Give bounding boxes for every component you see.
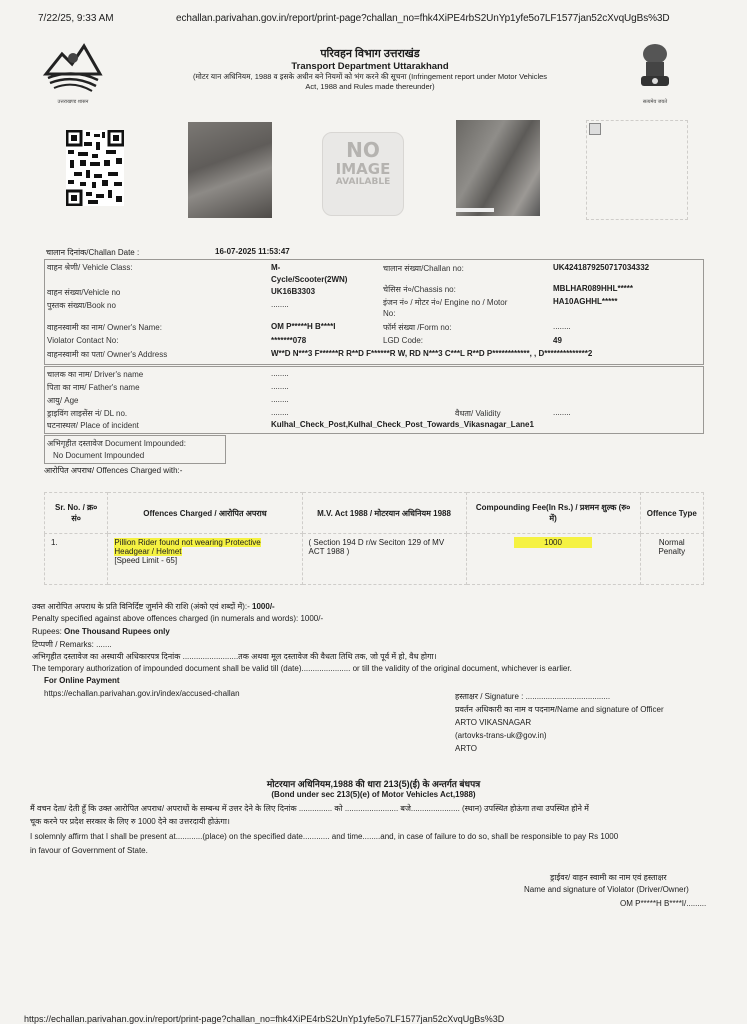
lgd-label: LGD Code:	[383, 336, 423, 345]
vehicle-no-label: वाहन संख्या/Vehicle no	[47, 287, 120, 298]
engine-value: HA10AGHHL*****	[553, 297, 617, 306]
row-offence: Pillion Rider found not wearing Protecti…	[108, 534, 302, 585]
engine-label-1: इंजन नं० / मोटर नं०/ Engine no / Motor	[383, 297, 507, 308]
uttarakhand-emblem-icon: उत्तराखण्ड शासन	[40, 38, 106, 104]
print-url: echallan.parivahan.gov.in/report/print-p…	[176, 13, 669, 24]
subtitle-line1: (मोटर यान अधिनियम, 1988 व इसके अधीन बने …	[170, 72, 570, 82]
online-payment-link[interactable]: https://echallan.parivahan.gov.in/index/…	[44, 689, 240, 698]
auth-hindi: अभिगृहीत दस्तावेज का अस्थायी अधिकारपत्र …	[32, 651, 437, 662]
offences-table: Sr. No. / क्र० सं० Offences Charged / आर…	[44, 492, 704, 585]
title-hindi: परिवहन विभाग उत्तराखंड	[170, 46, 570, 61]
document-header: परिवहन विभाग उत्तराखंड Transport Departm…	[170, 46, 570, 92]
officer-name-label: प्रवर्तन अधिकारी का नाम व पदनाम/Name and…	[455, 704, 664, 715]
contact-label: Violator Contact No:	[47, 336, 118, 345]
bond-title-hindi: मोटरयान अधिनियम,1988 की धारा 213(5)(ई) क…	[0, 777, 747, 790]
book-no-label: पुस्तक संख्या/Book no	[47, 300, 116, 311]
challan-date-value: 16-07-2025 11:53:47	[215, 247, 290, 256]
penalty-english: Penalty specified against above offences…	[32, 614, 323, 623]
bond-title-english: (Bond under sec 213(5)(e) of Motor Vehic…	[0, 790, 747, 799]
col-sr-no: Sr. No. / क्र० सं०	[45, 493, 108, 534]
book-no-value: ........	[271, 300, 289, 309]
challan-no-label: चालान संख्या/Challan no:	[383, 263, 464, 274]
subtitle-line2: Act, 1988 and Rules made thereunder)	[170, 82, 570, 92]
penalty-hindi: उक्त आरोपित अपराध के प्रति विनिर्दिष्ट ज…	[32, 601, 275, 612]
india-emblem-icon: सत्यमेव जयते	[633, 40, 677, 104]
violator-label-english: Name and signature of Violator (Driver/O…	[524, 885, 689, 894]
officer-email: (artovks-trans-uk@gov.in)	[455, 731, 547, 740]
broken-image-icon	[589, 123, 601, 135]
challan-no-value: UK4241879250717034332	[553, 263, 649, 272]
vehicle-no-value: UK16B3303	[271, 287, 315, 296]
contact-value: *******078	[271, 336, 306, 345]
address-value: W**D N***3 F******R R**D F******R W, RD …	[271, 349, 592, 358]
violator-value: OM P*****H B****I/.........	[620, 899, 706, 908]
dl-value: ........	[271, 408, 289, 417]
fee-value: 1000	[514, 537, 592, 548]
validity-label: वैधता/ Validity	[455, 408, 501, 419]
rupees-words: Rupees: One Thousand Rupees only	[32, 627, 170, 636]
impounded-label: अभिगृहीत दस्तावेज Document Impounded:	[47, 438, 186, 449]
violator-label-hindi: ड्राईवर/ वाहन स्वामी का नाम एवं हस्ताक्ष…	[550, 872, 667, 883]
lgd-value: 49	[553, 336, 562, 345]
vehicle-class-label: वाहन श्रेणी/ Vehicle Class:	[47, 262, 133, 273]
no-image-placeholder: NO IMAGE AVAILABLE	[322, 132, 404, 216]
row-type: Normal Penalty	[640, 534, 703, 585]
remarks: टिप्पणी / Remarks: .......	[32, 639, 112, 650]
footer-url: https://echallan.parivahan.gov.in/report…	[24, 1014, 504, 1024]
impounded-value: No Document Impounded	[53, 451, 144, 460]
chassis-label: चेसिस नं०/Chassis no:	[383, 284, 456, 295]
speed-limit: [Speed Limit - 65]	[114, 556, 177, 565]
vehicle-class-value-2: Cycle/Scooter(2WN)	[271, 275, 347, 284]
offence-text: Pillion Rider found not wearing Protecti…	[114, 538, 260, 556]
form-no-label: फॉर्म संख्या /Form no:	[383, 322, 452, 333]
offences-section-label: आरोपित अपराध/ Offences Charged with:-	[44, 465, 182, 476]
row-sr: 1.	[45, 534, 108, 585]
row-fee: 1000	[466, 534, 640, 585]
place-value: Kulhal_Check_Post,Kulhal_Check_Post_Towa…	[271, 420, 534, 429]
print-date: 7/22/25, 9:33 AM	[38, 13, 114, 24]
age-value: ........	[271, 395, 289, 404]
col-act: M.V. Act 1988 / मोटरयान अधिनियम 1988	[302, 493, 466, 534]
online-payment-label: For Online Payment	[44, 676, 120, 685]
father-name-label: पिता का नाम/ Father's name	[47, 382, 140, 393]
bond-english-line2: in favour of Government of State.	[30, 846, 148, 855]
col-fee: Compounding Fee(In Rs.) / प्रशमन शुल्क (…	[466, 493, 640, 534]
challan-date-label: चालान दिनांक/Challan Date :	[46, 247, 139, 258]
chassis-value: MBLHAR089HHL*****	[553, 284, 633, 293]
col-offence: Offences Charged / आरोपित अपराध	[108, 493, 302, 534]
owner-name-label: वाहनस्वामी का नाम/ Owner's Name:	[47, 322, 162, 333]
vehicle-class-value-1: M-	[271, 263, 280, 272]
address-label: वाहनस्वामी का पता/ Owner's Address	[47, 349, 167, 360]
title-english: Transport Department Uttarakhand	[170, 61, 570, 72]
table-row: 1. Pillion Rider found not wearing Prote…	[45, 534, 704, 585]
dl-label: ड्राइविंग लाइसेंस नं/ DL no.	[47, 408, 127, 419]
driver-name-label: चालक का नाम/ Driver's name	[47, 369, 143, 380]
bond-hindi-line1: मैं वचन देता/ देती हूँ कि उक्त आरोपित अप…	[30, 803, 589, 814]
father-name-value: ........	[271, 382, 289, 391]
qr-code-icon[interactable]	[66, 130, 124, 206]
right-logo-caption: सत्यमेव जयते	[633, 99, 677, 105]
violation-photo-1[interactable]	[188, 122, 272, 218]
broken-image-placeholder	[586, 120, 688, 220]
row-act: ( Section 194 D r/w Seciton 129 of MV AC…	[302, 534, 466, 585]
evidence-images: NO IMAGE AVAILABLE	[40, 108, 680, 228]
bond-english-line1: I solemnly affirm that I shall be presen…	[30, 832, 618, 841]
bond-hindi-line2: चूक करने पर प्रदेश सरकार के लिए रु 1000 …	[30, 816, 230, 827]
place-label: घटनास्थल/ Place of incident	[47, 420, 139, 431]
col-type: Offence Type	[640, 493, 703, 534]
auth-english: The temporary authorization of impounded…	[32, 664, 572, 673]
owner-name-value: OM P*****H B****I	[271, 322, 335, 331]
vehicle-owner-info: वाहन श्रेणी/ Vehicle Class: M- Cycle/Sco…	[44, 259, 704, 365]
officer-name: ARTO VIKASNAGAR	[455, 718, 531, 727]
age-label: आयु/ Age	[47, 395, 79, 406]
driver-info: चालक का नाम/ Driver's name ........ पिता…	[44, 366, 704, 434]
left-logo-caption: उत्तराखण्ड शासन	[40, 99, 106, 105]
violation-photo-2[interactable]	[456, 120, 540, 216]
document-impounded: अभिगृहीत दस्तावेज Document Impounded: No…	[44, 435, 226, 464]
driver-name-value: ........	[271, 369, 289, 378]
officer-designation: ARTO	[455, 744, 477, 753]
form-no-value: ........	[553, 322, 571, 331]
validity-value: ........	[553, 408, 571, 417]
engine-label-2: No:	[383, 309, 395, 318]
officer-signature: हस्ताक्षर / Signature : ................…	[455, 691, 610, 702]
